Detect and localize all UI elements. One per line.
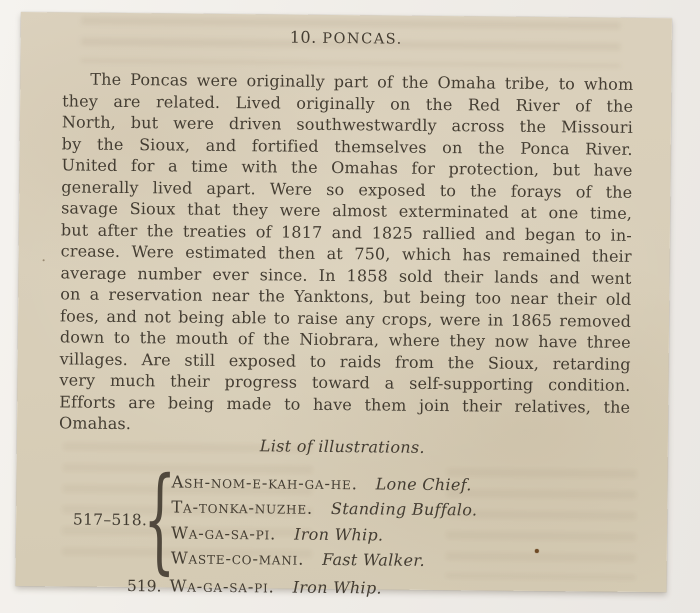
plate-number: 519.	[15, 576, 161, 595]
left-brace-glyph: {	[142, 464, 176, 576]
section-heading: 10. PONCAS.	[21, 25, 672, 52]
ink-speck	[43, 259, 45, 261]
paper-clipping: 10. PONCAS. The Poncas were originally p…	[15, 12, 671, 592]
illustration-entry: Wa-ga-sa-pi.Iron Whip.	[169, 575, 382, 599]
native-name: Ash-nom-e-kah-ga-he.	[171, 472, 357, 493]
native-name: Wa-ga-sa-pi.	[169, 576, 274, 596]
translated-name: Iron Whip.	[294, 524, 383, 544]
illustration-group-519: 519. Wa-ga-sa-pi.Iron Whip.	[15, 574, 666, 602]
translated-name: Fast Walker.	[322, 550, 425, 570]
ink-speck	[535, 549, 539, 553]
section-number: 10.	[290, 28, 317, 47]
illustrations-list: 517–518. { Ash-nom-e-kah-ga-he.Lone Chie…	[15, 467, 667, 602]
translated-name: Standing Buffalo.	[331, 499, 478, 519]
brace-cell: {	[147, 470, 172, 570]
illustration-group-517-518: 517–518. { Ash-nom-e-kah-ga-he.Lone Chie…	[16, 467, 668, 576]
native-name: Ta-tonka-nuzhe.	[171, 498, 313, 518]
body-paragraph: The Poncas were originally part of the O…	[59, 68, 633, 439]
native-name: Wa-ga-sa-pi.	[171, 523, 276, 543]
illustration-entry: Waste-co-mani.Fast Walker.	[171, 546, 667, 576]
native-name: Waste-co-mani.	[171, 549, 305, 569]
plate-number: 517–518.	[16, 510, 147, 529]
group-entries: Ash-nom-e-kah-ga-he.Lone Chief. Ta-tonka…	[171, 469, 668, 576]
section-title: PONCAS.	[322, 31, 403, 48]
translated-name: Iron Whip.	[293, 578, 382, 598]
scan-background: 10. PONCAS. The Poncas were originally p…	[0, 0, 700, 613]
translated-name: Lone Chief.	[376, 474, 472, 494]
